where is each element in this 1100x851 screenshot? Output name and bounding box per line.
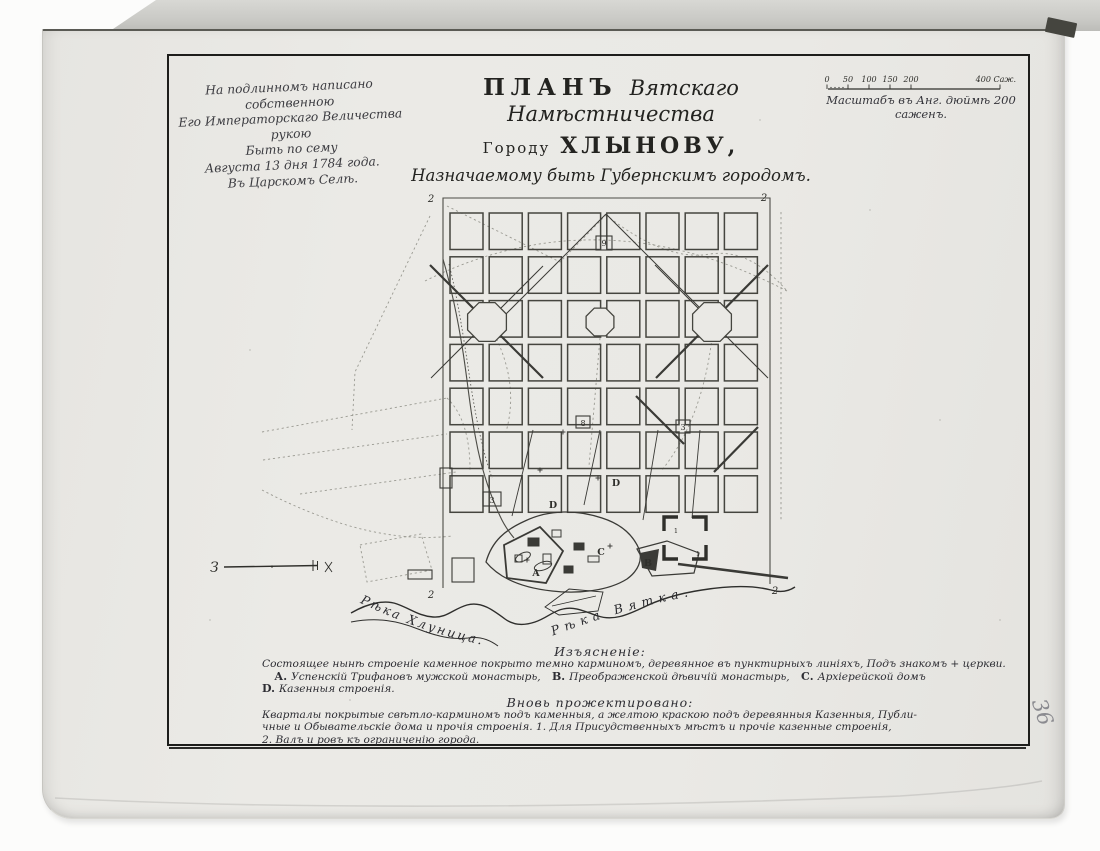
- svg-text:200: 200: [902, 75, 918, 84]
- fortress-number-marks: 11: [674, 527, 700, 558]
- svg-text:400 Саж.: 400 Саж.: [975, 75, 1016, 84]
- svg-text:0: 0: [824, 75, 829, 84]
- city-blocks-grid: [450, 213, 757, 512]
- svg-text:1: 1: [674, 527, 678, 535]
- river-labels: Рѣка Хлуница.Рѣка Вятка.: [358, 584, 695, 648]
- svg-text:100: 100: [861, 75, 876, 84]
- svg-text:D: D: [612, 478, 620, 489]
- svg-text:9: 9: [601, 239, 606, 248]
- svg-text:3: 3: [489, 496, 494, 505]
- city-plan-drawing: 2222Рѣка Хлуница.Рѣка Вятка.9833DDАСВ11З…: [0, 0, 1100, 851]
- svg-text:С: С: [597, 547, 605, 558]
- svg-text:А: А: [532, 568, 540, 579]
- svg-text:В: В: [644, 558, 652, 569]
- scale-bar: 050100150200400 Саж.: [824, 75, 1016, 89]
- diagonal-avenues: [430, 214, 768, 520]
- svg-text:150: 150: [882, 75, 897, 84]
- scanned-historic-map-page: На подлинномъ написано собственною Его И…: [0, 0, 1100, 851]
- svg-text:2: 2: [760, 193, 767, 204]
- svg-text:2: 2: [427, 194, 434, 205]
- svg-text:3: 3: [680, 423, 685, 432]
- old-town-structures: [408, 236, 788, 592]
- page-curl-shadow: [55, 781, 1042, 806]
- svg-text:50: 50: [843, 75, 853, 84]
- old-streets-dotted: [262, 206, 787, 582]
- rampart-outline: 2222: [427, 193, 778, 601]
- svg-text:D: D: [549, 500, 557, 511]
- svg-text:2: 2: [427, 590, 434, 601]
- compass-line: З: [210, 560, 332, 576]
- svg-text:8: 8: [580, 419, 585, 428]
- svg-text:З: З: [210, 560, 219, 576]
- plaza-octagons: [468, 303, 732, 342]
- quarter-number-marks: 9833: [489, 239, 685, 505]
- svg-text:1: 1: [696, 550, 700, 558]
